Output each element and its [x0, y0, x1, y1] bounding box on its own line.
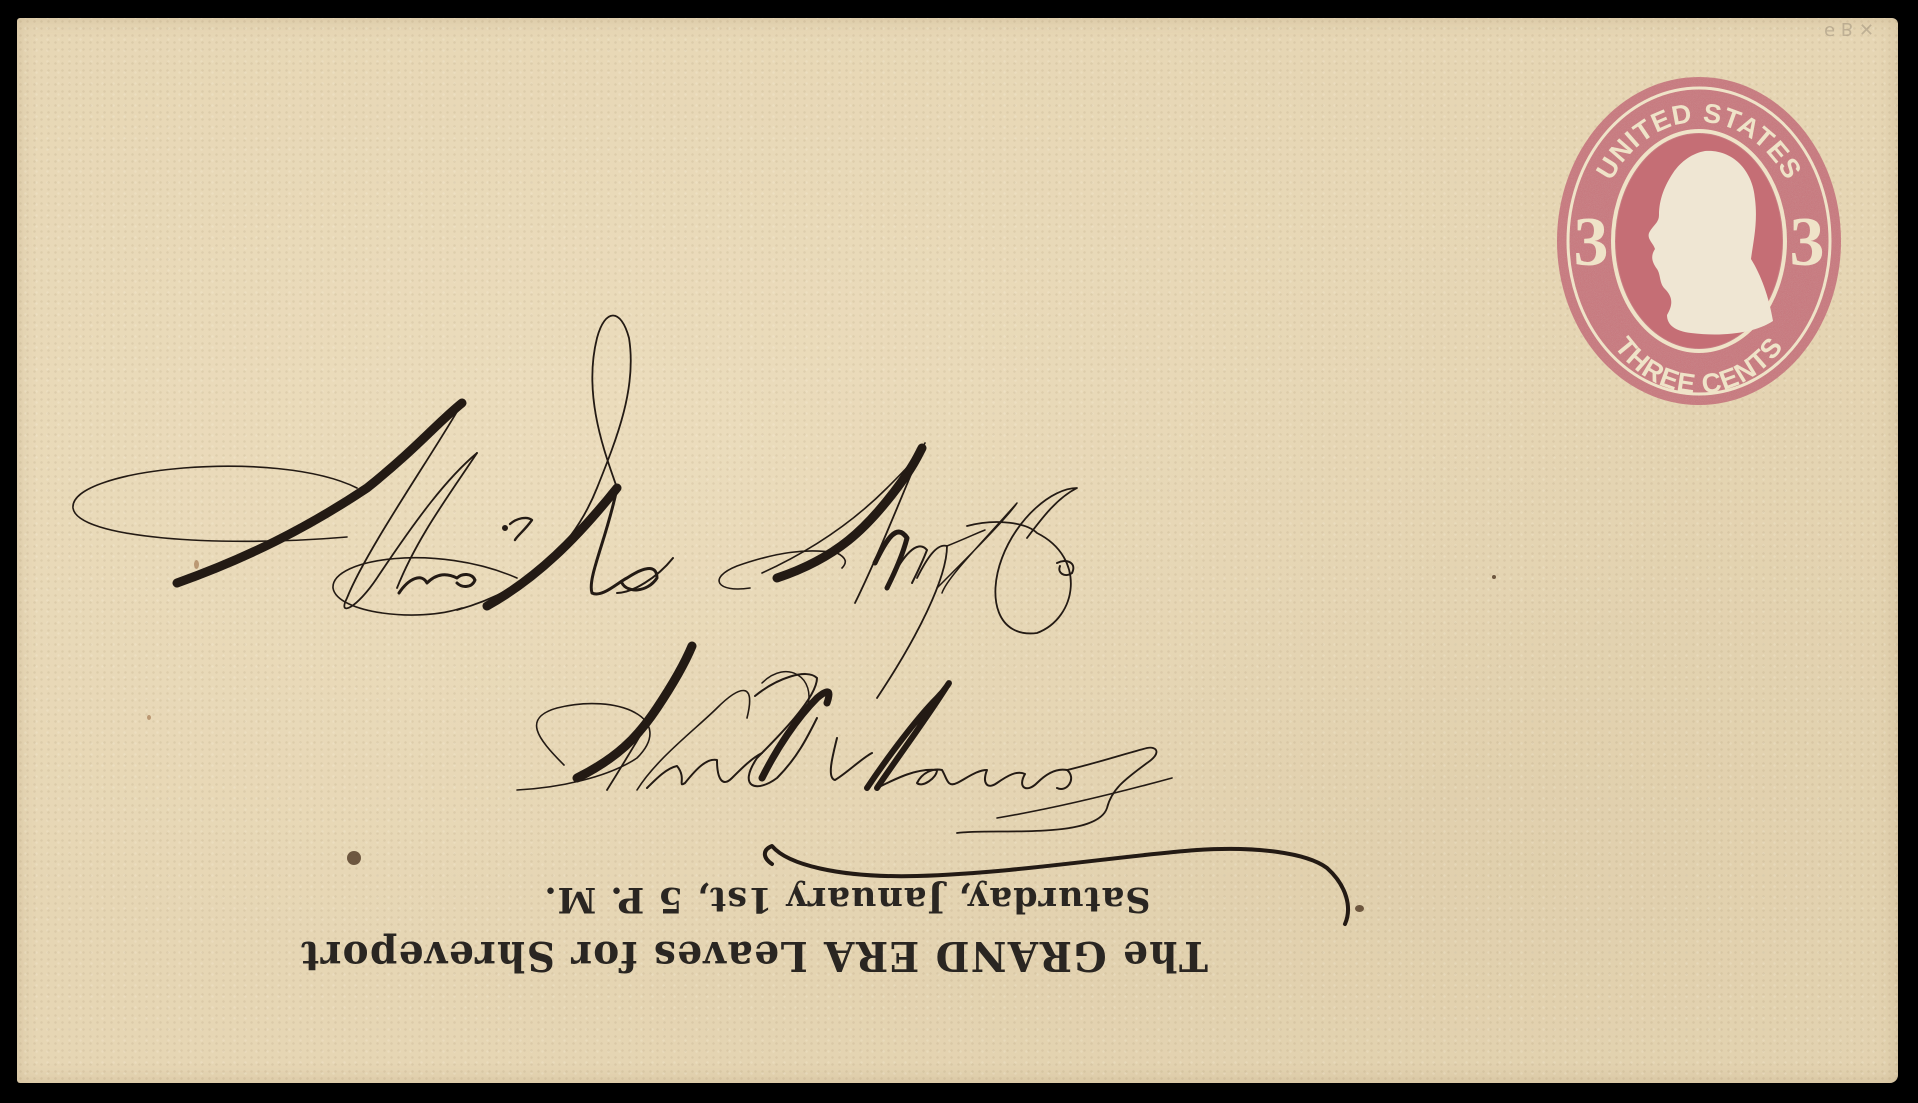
printed-line-date: Saturday, January 1st, 5 P. M. — [467, 879, 1227, 920]
screenshot-stage: ✕ ꓭ ɘ — [0, 0, 1918, 1103]
ink-spot — [1492, 575, 1496, 579]
ink-spot — [1355, 905, 1364, 912]
ink-spot — [347, 851, 361, 865]
ink-spot — [194, 560, 199, 569]
printed-line-departure: The GRAND ERA Leaves for Shreveport — [486, 932, 1208, 980]
printed-corner-card: The GRAND ERA Leaves for Shreveport Satu… — [467, 860, 1227, 1000]
ink-spot — [147, 715, 151, 720]
envelope: ✕ ꓭ ɘ — [17, 18, 1898, 1083]
